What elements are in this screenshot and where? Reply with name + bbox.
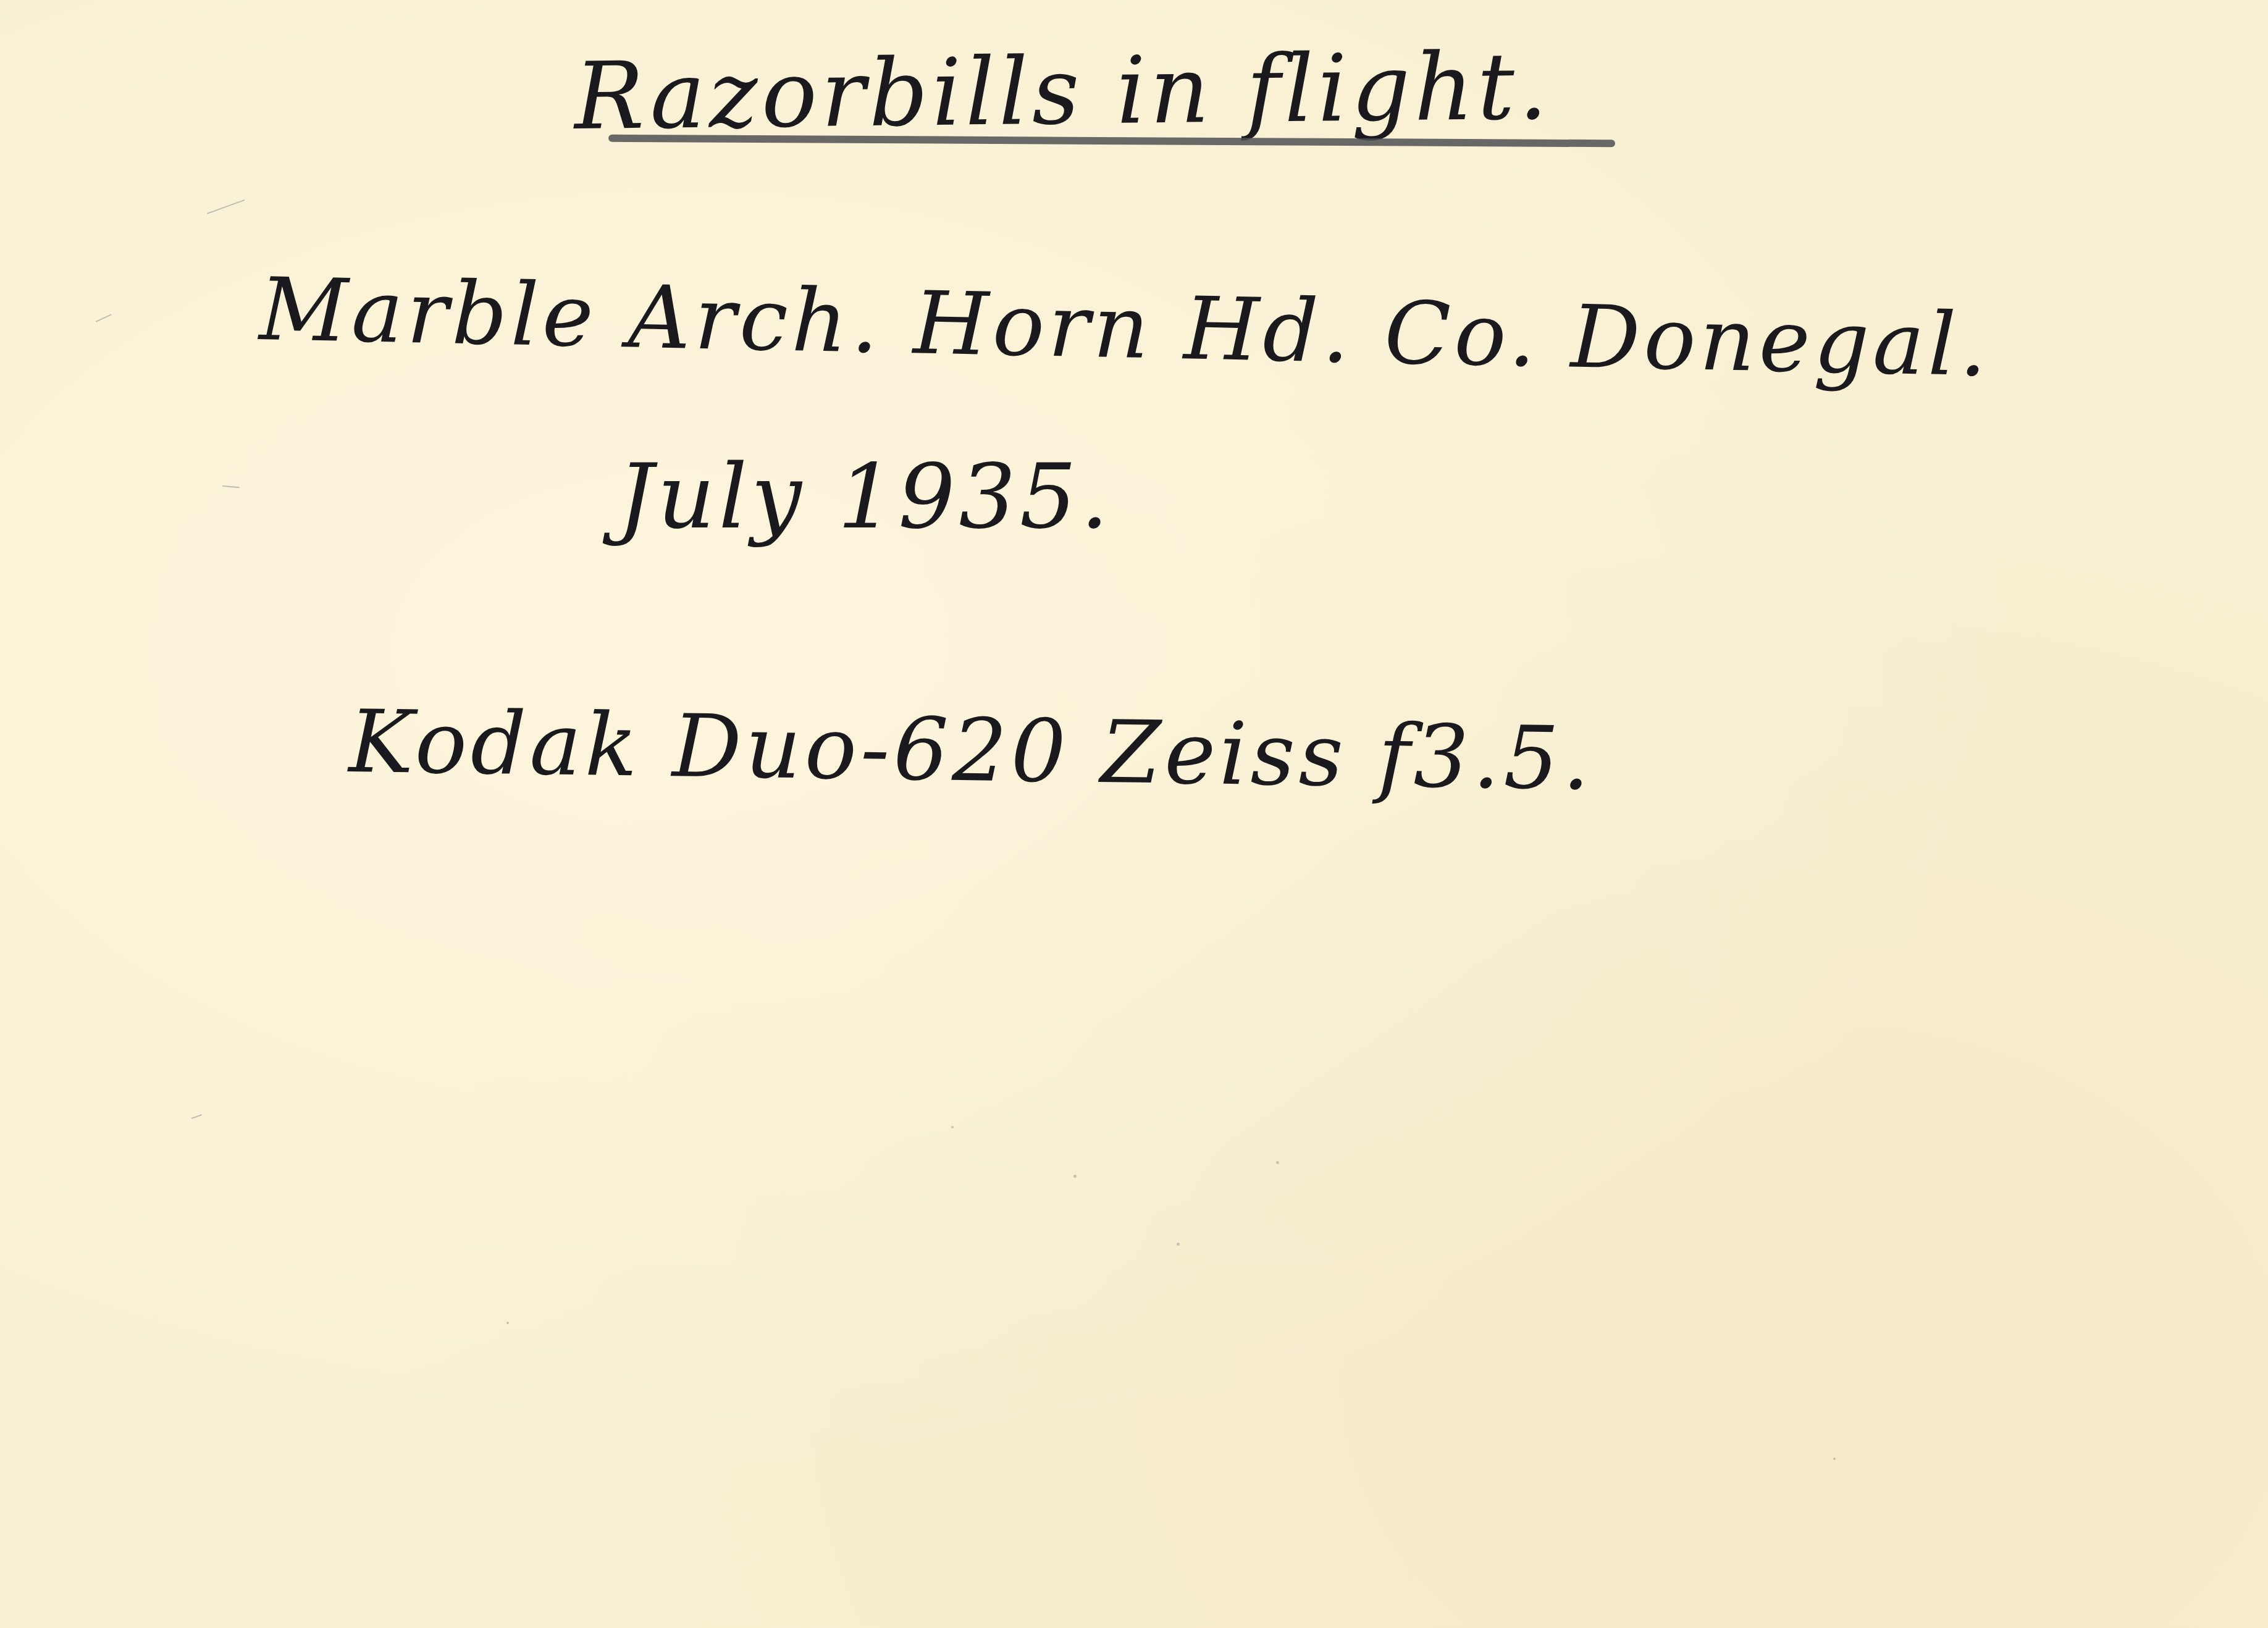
paper-speck <box>506 1322 509 1324</box>
paper-speck <box>951 1126 954 1128</box>
paper-speck <box>1276 1161 1279 1164</box>
caption-card: Razorbills in flight. Marble Arch. Horn … <box>0 0 2268 1628</box>
paper-speck <box>1177 1243 1180 1246</box>
handwritten-camera-line: Kodak Duo-620 Zeiss f3.5. <box>348 692 1594 810</box>
paper-fiber-mark <box>207 199 245 214</box>
handwritten-date-line: July 1935. <box>618 445 1112 549</box>
paper-fiber-mark <box>96 314 112 322</box>
paper-fiber-mark <box>191 1114 203 1119</box>
handwritten-title: Razorbills in flight. <box>574 33 1552 151</box>
paper-fiber-mark <box>222 485 240 488</box>
paper-speck <box>1073 1175 1077 1178</box>
handwritten-location-line: Marble Arch. Horn Hd. Co. Donegal. <box>258 259 1991 397</box>
paper-speck <box>1833 1458 1836 1460</box>
